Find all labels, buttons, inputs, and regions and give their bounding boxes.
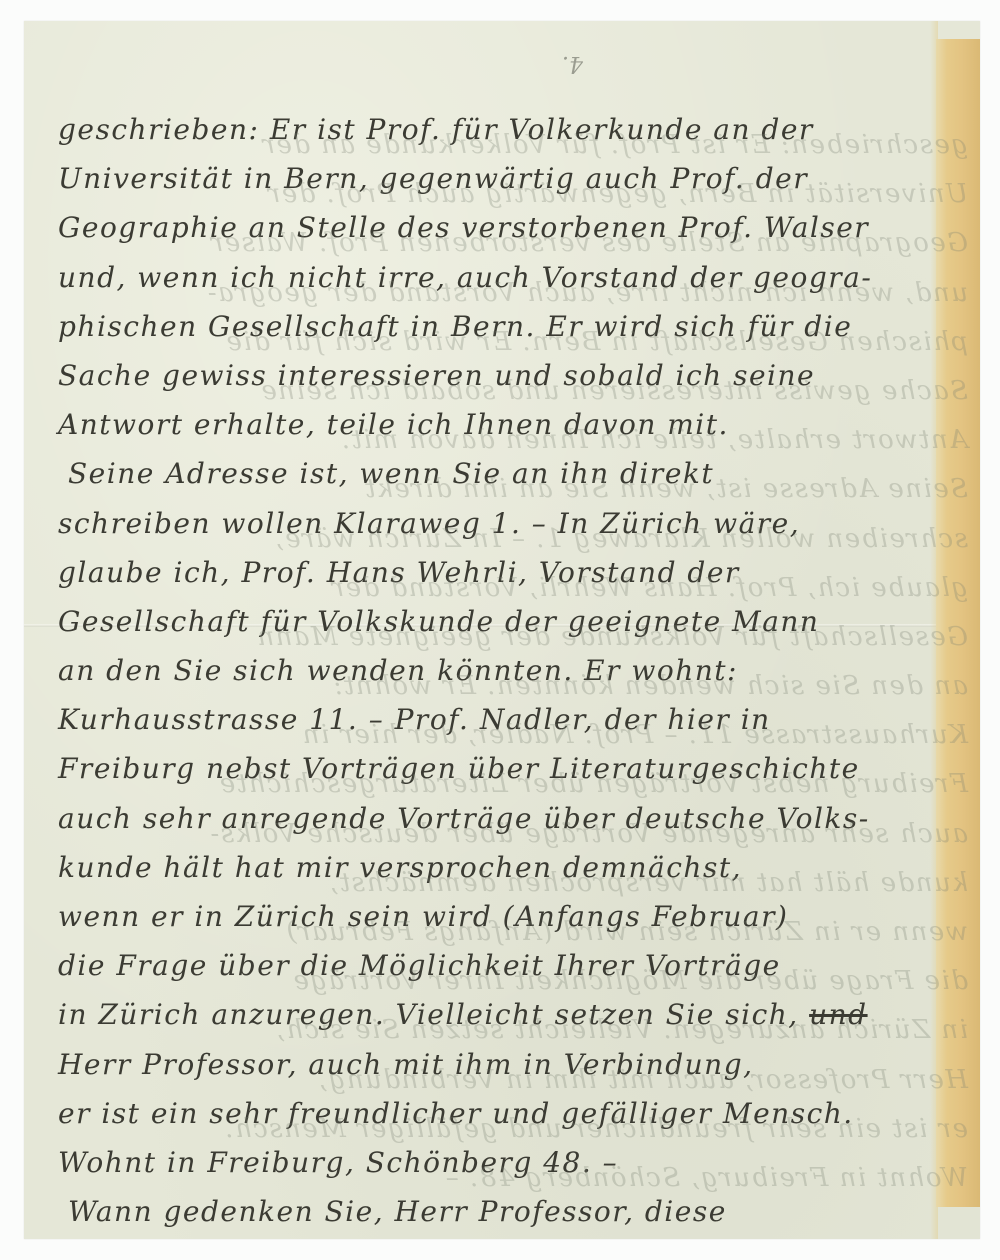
line-text: Seine Adresse ist, wenn Sie an ihn direk… <box>68 457 714 490</box>
yellowed-tape-strip <box>936 39 980 1207</box>
line-text: Kurhausstrasse 11. – Prof. Nadler, der h… <box>58 703 771 736</box>
letter-paper: 4. geschrieben: Er ist Prof. für Volkerk… <box>24 21 980 1239</box>
line-text: wenn er in Zürich sein wird (Anfangs Feb… <box>58 900 788 933</box>
letter-line: Freiburg nebst Vorträgen über Literaturg… <box>58 744 938 793</box>
letter-line: Kurhausstrasse 11. – Prof. Nadler, der h… <box>58 695 938 744</box>
line-text: in Zürich anzuregen. Vielleicht setzen S… <box>58 998 799 1031</box>
letter-line: Antwort erhalte, teile ich Ihnen davon m… <box>58 400 938 449</box>
letter-line: Herr Professor, auch mit ihm in Verbindu… <box>58 1040 938 1089</box>
page-number: 4. <box>562 51 583 76</box>
line-text: Herr Professor, auch mit ihm in Verbindu… <box>58 1048 754 1081</box>
line-text: an den Sie sich wenden könnten. Er wohnt… <box>58 654 738 687</box>
line-text: auch sehr anregende Vorträge über deutsc… <box>58 802 870 835</box>
line-text: Sache gewiss interessieren und sobald ic… <box>58 359 815 392</box>
letter-line: Wohnt in Freiburg, Schönberg 48. –Wohnt … <box>58 1138 938 1187</box>
letter-line: auch sehr anregende Vorträge über deutsc… <box>58 794 938 843</box>
letter-line: Sache gewiss interessieren und sobald ic… <box>58 351 938 400</box>
letter-line: schreiben wollen Klaraweg 1. – In Zürich… <box>58 499 938 548</box>
letter-line: in Zürich anzuregen. Vielleicht setzen S… <box>58 990 938 1039</box>
letter-line: phischen Gesellschaft in Bern. Er wird s… <box>58 302 938 351</box>
letter-line: Seine Adresse ist, wenn Sie an ihn direk… <box>58 449 938 498</box>
line-text: schreiben wollen Klaraweg 1. – In Zürich… <box>58 507 800 540</box>
line-text: glaube ich, Prof. Hans Wehrli, Vorstand … <box>58 556 740 589</box>
line-text: Geographie an Stelle des verstorbenen Pr… <box>58 211 869 244</box>
line-text: phischen Gesellschaft in Bern. Er wird s… <box>58 310 852 343</box>
letter-line: die Frage über die Möglichkeit Ihrer Vor… <box>58 941 938 990</box>
letter-line: geschrieben: Er ist Prof. für Volkerkund… <box>58 105 938 154</box>
line-text: er ist ein sehr freundlicher und gefälli… <box>58 1097 854 1130</box>
letter-body: geschrieben: Er ist Prof. für Volkerkund… <box>58 105 938 1236</box>
letter-line: Universität in Bern, gegenwärtig auch Pr… <box>58 154 938 203</box>
letter-line: er ist ein sehr freundlicher und gefälli… <box>58 1089 938 1138</box>
line-text: Universität in Bern, gegenwärtig auch Pr… <box>58 162 808 195</box>
line-text: kunde hält hat mir versprochen demnächst… <box>58 851 742 884</box>
letter-line: Geographie an Stelle des verstorbenen Pr… <box>58 203 938 252</box>
letter-line: glaube ich, Prof. Hans Wehrli, Vorstand … <box>58 548 938 597</box>
line-text: geschrieben: Er ist Prof. für Volkerkund… <box>58 113 814 146</box>
line-text: Gesellschaft für Volkskunde der geeignet… <box>58 605 819 638</box>
letter-line: Gesellschaft für Volkskunde der geeignet… <box>58 597 938 646</box>
line-text: die Frage über die Möglichkeit Ihrer Vor… <box>58 949 781 982</box>
letter-line: kunde hält hat mir versprochen demnächst… <box>58 843 938 892</box>
line-text: Antwort erhalte, teile ich Ihnen davon m… <box>58 408 729 441</box>
line-text: Wann gedenken Sie, Herr Professor, diese <box>68 1195 727 1228</box>
letter-line: wenn er in Zürich sein wird (Anfangs Feb… <box>58 892 938 941</box>
line-text: und, wenn ich nicht irre, auch Vorstand … <box>58 261 872 294</box>
letter-line: an den Sie sich wenden könnten. Er wohnt… <box>58 646 938 695</box>
letter-line: und, wenn ich nicht irre, auch Vorstand … <box>58 253 938 302</box>
letter-line: Wann gedenken Sie, Herr Professor, diese <box>58 1187 938 1236</box>
struck-word: und <box>809 998 868 1031</box>
line-text: Wohnt in Freiburg, Schönberg 48. – <box>58 1146 618 1179</box>
line-text: Freiburg nebst Vorträgen über Literaturg… <box>58 752 860 785</box>
